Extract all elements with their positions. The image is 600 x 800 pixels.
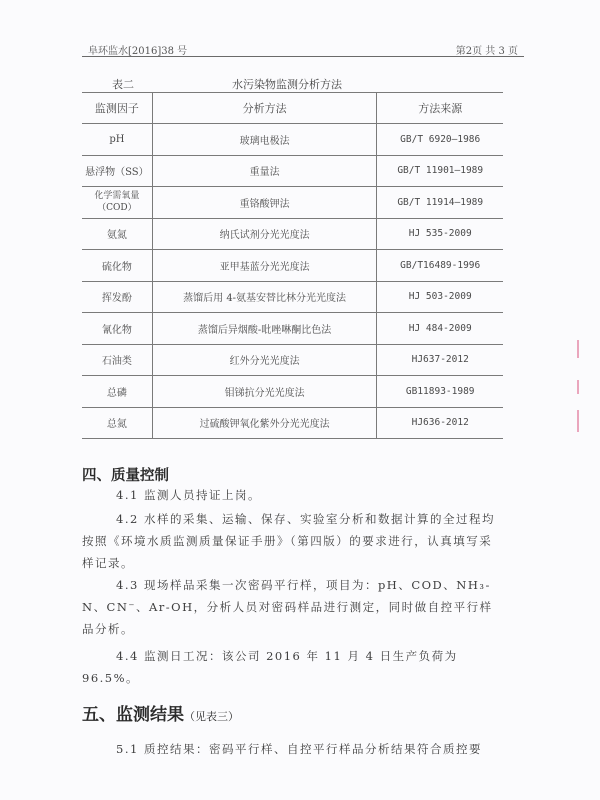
column-header-source: 方法来源: [377, 93, 503, 124]
cell-factor: pH: [82, 124, 152, 156]
cell-factor: 总氮: [82, 407, 152, 439]
cell-factor: 硫化物: [82, 250, 152, 282]
table-row: 总氮 过硫酸钾氧化紫外分光光度法 HJ636-2012: [82, 407, 503, 439]
cell-method: 玻璃电极法: [152, 124, 377, 156]
column-header-method: 分析方法: [152, 93, 377, 124]
paragraph-4-3: 4.3 现场样品采集一次密码平行样，项目为：pH、COD、NH₃-N、CN⁻、A…: [82, 574, 504, 640]
cell-source: GB/T16489-1996: [377, 250, 503, 282]
table-row: 悬浮物（SS） 重量法 GB/T 11901—1989: [82, 155, 503, 187]
cell-source: GB/T 6920—1986: [377, 124, 503, 156]
table-row: 总磷 钼锑抗分光光度法 GB11893-1989: [82, 376, 503, 408]
table-row: 挥发酚 蒸馏后用 4-氨基安替比林分光光度法 HJ 503-2009: [82, 281, 503, 313]
cell-method: 纳氏试剂分光光度法: [152, 218, 377, 250]
table-row: 化学需氧量（COD） 重铬酸钾法 GB/T 11914—1989: [82, 187, 503, 219]
table-row: 硫化物 亚甲基蓝分光光度法 GB/T16489-1996: [82, 250, 503, 282]
cell-method: 钼锑抗分光光度法: [152, 376, 377, 408]
cell-factor: 挥发酚: [82, 281, 152, 313]
cell-method: 重量法: [152, 155, 377, 187]
document-page: 阜环监水[2016]38 号 第2页 共 3 页 表二 水污染物监测分析方法 监…: [0, 0, 600, 800]
cell-source: GB/T 11901—1989: [377, 155, 503, 187]
cell-factor: 总磷: [82, 376, 152, 408]
cell-source: GB/T 11914—1989: [377, 187, 503, 219]
paragraph-5-1: 5.1 质控结果：密码平行样、自控平行样品分析结果符合质控要: [82, 738, 504, 760]
cell-method: 重铬酸钾法: [152, 187, 377, 219]
cell-factor: 悬浮物（SS）: [82, 155, 152, 187]
cell-source: HJ636-2012: [377, 407, 503, 439]
cell-method: 蒸馏后异烟酸-吡唑啉酮比色法: [152, 313, 377, 345]
cell-source: HJ 535-2009: [377, 218, 503, 250]
cell-factor: 氨氮: [82, 218, 152, 250]
page-header: 阜环监水[2016]38 号 第2页 共 3 页: [82, 40, 524, 57]
table-title: 水污染物监测分析方法: [232, 76, 342, 92]
table-row: 石油类 红外分光光度法 HJ637-2012: [82, 344, 503, 376]
cell-factor: 化学需氧量（COD）: [82, 187, 152, 219]
section-heading-note: （见表三）: [184, 710, 239, 723]
table-row: 氨氮 纳氏试剂分光光度法 HJ 535-2009: [82, 218, 503, 250]
document-number: 阜环监水[2016]38 号: [88, 42, 187, 57]
cell-method: 过硫酸钾氧化紫外分光光度法: [152, 407, 377, 439]
paragraph-4-4: 4.4 监测日工况：该公司 2016 年 11 月 4 日生产负荷为 96.5%…: [82, 645, 504, 689]
margin-ink-marks: [575, 340, 581, 440]
table-header-row: 监测因子 分析方法 方法来源: [82, 93, 503, 124]
table-row: pH 玻璃电极法 GB/T 6920—1986: [82, 124, 503, 156]
cell-source: HJ637-2012: [377, 344, 503, 376]
paragraph-4-1: 4.1 监测人员持证上岗。: [82, 484, 504, 506]
column-header-factor: 监测因子: [82, 93, 152, 124]
section-heading-text: 五、监测结果: [82, 705, 184, 725]
cell-method: 亚甲基蓝分光光度法: [152, 250, 377, 282]
cell-factor: 石油类: [82, 344, 152, 376]
cell-source: HJ 503-2009: [377, 281, 503, 313]
paragraph-4-2: 4.2 水样的采集、运输、保存、实验室分析和数据计算的全过程均按照《环境水质监测…: [82, 508, 504, 574]
cell-method: 红外分光光度法: [152, 344, 377, 376]
section-heading-quality-control: 四、质量控制: [82, 464, 169, 485]
table-number: 表二: [112, 76, 134, 92]
cell-source: GB11893-1989: [377, 376, 503, 408]
section-heading-monitoring-results: 五、监测结果（见表三）: [82, 700, 239, 725]
cell-factor: 氰化物: [82, 313, 152, 345]
cell-source: HJ 484-2009: [377, 313, 503, 345]
table-row: 氰化物 蒸馏后异烟酸-吡唑啉酮比色法 HJ 484-2009: [82, 313, 503, 345]
cell-method: 蒸馏后用 4-氨基安替比林分光光度法: [152, 281, 377, 313]
page-number: 第2页 共 3 页: [456, 42, 518, 57]
analysis-methods-table: 监测因子 分析方法 方法来源 pH 玻璃电极法 GB/T 6920—1986 悬…: [82, 92, 503, 439]
